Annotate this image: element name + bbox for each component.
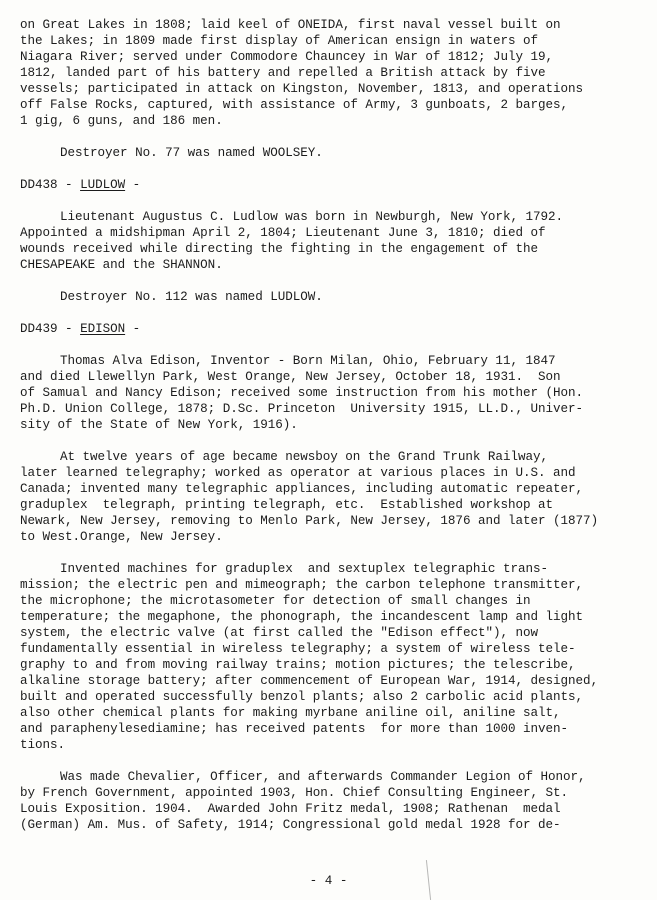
text-line: alkaline storage battery; after commence…	[20, 673, 650, 689]
text-line: sity of the State of New York, 1916).	[20, 417, 650, 433]
text-line: system, the electric valve (at first cal…	[20, 625, 650, 641]
text-line: At twelve years of age became newsboy on…	[20, 449, 650, 465]
text-line: Invented machines for graduplex and sext…	[20, 561, 650, 577]
text-line: of Samual and Nancy Edison; received som…	[20, 385, 650, 401]
paragraph: Destroyer No. 77 was named WOOLSEY.	[20, 145, 650, 161]
hull-number: DD439 -	[20, 322, 80, 336]
text-line: Thomas Alva Edison, Inventor - Born Mila…	[20, 353, 650, 369]
paragraph: Destroyer No. 112 was named LUDLOW.	[20, 289, 650, 305]
text-line: Destroyer No. 112 was named LUDLOW.	[20, 289, 650, 305]
paragraph-spacer	[20, 753, 650, 769]
text-line: built and operated successfully benzol p…	[20, 689, 650, 705]
paragraph-spacer	[20, 545, 650, 561]
text-line: 1 gig, 6 guns, and 186 men.	[20, 113, 650, 129]
paragraph: Was made Chevalier, Officer, and afterwa…	[20, 769, 650, 833]
text-line: CHESAPEAKE and the SHANNON.	[20, 257, 650, 273]
text-line: temperature; the megaphone, the phonogra…	[20, 609, 650, 625]
text-line: mission; the electric pen and mimeograph…	[20, 577, 650, 593]
heading-dash: -	[125, 322, 140, 336]
text-line: off False Rocks, captured, with assistan…	[20, 97, 650, 113]
paragraph: on Great Lakes in 1808; laid keel of ONE…	[20, 17, 650, 129]
paragraph-spacer	[20, 129, 650, 145]
text-line: the microphone; the microtasometer for d…	[20, 593, 650, 609]
ship-name: LUDLOW	[80, 178, 125, 192]
text-line: by French Government, appointed 1903, Ho…	[20, 785, 650, 801]
text-line: graphy to and from moving railway trains…	[20, 657, 650, 673]
paragraph-spacer	[20, 193, 650, 209]
text-line: fundamentally essential in wireless tele…	[20, 641, 650, 657]
text-line: tions.	[20, 737, 650, 753]
text-line: to West.Orange, New Jersey.	[20, 529, 650, 545]
ship-heading: DD438 - LUDLOW -	[20, 177, 650, 193]
heading-dash: -	[125, 178, 140, 192]
text-line: Niagara River; served under Commodore Ch…	[20, 49, 650, 65]
paragraph: Lieutenant Augustus C. Ludlow was born i…	[20, 209, 650, 273]
text-line: and paraphenylesediamine; has received p…	[20, 721, 650, 737]
paragraph-spacer	[20, 337, 650, 353]
text-line: 1812, landed part of his battery and rep…	[20, 65, 650, 81]
text-line: Was made Chevalier, Officer, and afterwa…	[20, 769, 650, 785]
ship-name: EDISON	[80, 322, 125, 336]
text-line: Louis Exposition. 1904. Awarded John Fri…	[20, 801, 650, 817]
text-line: also other chemical plants for making my…	[20, 705, 650, 721]
text-line: wounds received while directing the figh…	[20, 241, 650, 257]
paragraph-spacer	[20, 273, 650, 289]
paragraph: At twelve years of age became newsboy on…	[20, 449, 650, 545]
text-line: the Lakes; in 1809 made first display of…	[20, 33, 650, 49]
paragraph-spacer	[20, 161, 650, 177]
text-line: Appointed a midshipman April 2, 1804; Li…	[20, 225, 650, 241]
text-line: (German) Am. Mus. of Safety, 1914; Congr…	[20, 817, 650, 833]
text-line: Lieutenant Augustus C. Ludlow was born i…	[20, 209, 650, 225]
text-line: Ph.D. Union College, 1878; D.Sc. Princet…	[20, 401, 650, 417]
document-page: on Great Lakes in 1808; laid keel of ONE…	[20, 17, 650, 833]
text-line: on Great Lakes in 1808; laid keel of ONE…	[20, 17, 650, 33]
paragraph-spacer	[20, 305, 650, 321]
paragraph: Thomas Alva Edison, Inventor - Born Mila…	[20, 353, 650, 433]
paragraph-spacer	[20, 433, 650, 449]
page-number: - 4 -	[0, 874, 657, 888]
text-line: and died Llewellyn Park, West Orange, Ne…	[20, 369, 650, 385]
text-line: graduplex telegraph, printing telegraph,…	[20, 497, 650, 513]
text-line: Newark, New Jersey, removing to Menlo Pa…	[20, 513, 650, 529]
text-line: Canada; invented many telegraphic applia…	[20, 481, 650, 497]
text-line: later learned telegraphy; worked as oper…	[20, 465, 650, 481]
hull-number: DD438 -	[20, 178, 80, 192]
text-line: vessels; participated in attack on Kings…	[20, 81, 650, 97]
paragraph: Invented machines for graduplex and sext…	[20, 561, 650, 753]
ship-heading: DD439 - EDISON -	[20, 321, 650, 337]
text-line: Destroyer No. 77 was named WOOLSEY.	[20, 145, 650, 161]
